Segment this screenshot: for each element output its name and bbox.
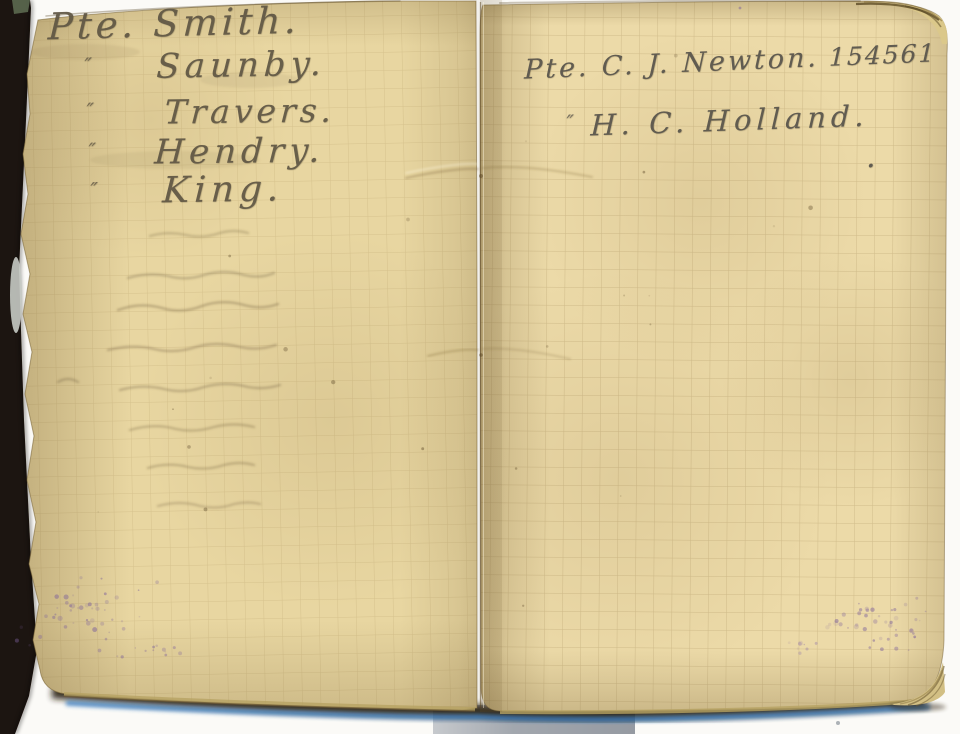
surname-text: Hendry.	[153, 131, 326, 173]
handwriting-line: Pte.Smith.	[47, 0, 301, 48]
handwriting-line: ″Saunby.	[83, 44, 327, 88]
rank-text: Pte.	[47, 3, 138, 48]
surname-text: King.	[161, 168, 284, 211]
handwriting-line: ″Travers.	[85, 91, 337, 133]
dust-speck	[836, 721, 840, 725]
stray-pencil-dot: .	[866, 140, 876, 175]
ditto-mark: ″	[566, 110, 577, 134]
ditto-mark: ″	[87, 138, 99, 162]
handwriting-line: ″King.	[89, 168, 285, 212]
rank-text: Pte.	[524, 52, 590, 86]
surname-text: Saunby.	[155, 44, 327, 87]
handwriting-line: ″Hendry.	[87, 131, 326, 174]
surname-text: Travers.	[163, 91, 336, 132]
ink-speck	[739, 7, 742, 10]
service-number-text: 154561	[829, 38, 937, 72]
cover-corner-tint	[12, 0, 30, 14]
notebook-scan: Pte.Smith. ″Saunby. ″Travers. ″Hendry. ″…	[0, 0, 960, 734]
ditto-mark: ″	[90, 177, 102, 201]
surname-text: Smith.	[152, 0, 301, 46]
ditto-mark: ″	[85, 98, 97, 122]
ditto-mark: ″	[84, 53, 96, 77]
